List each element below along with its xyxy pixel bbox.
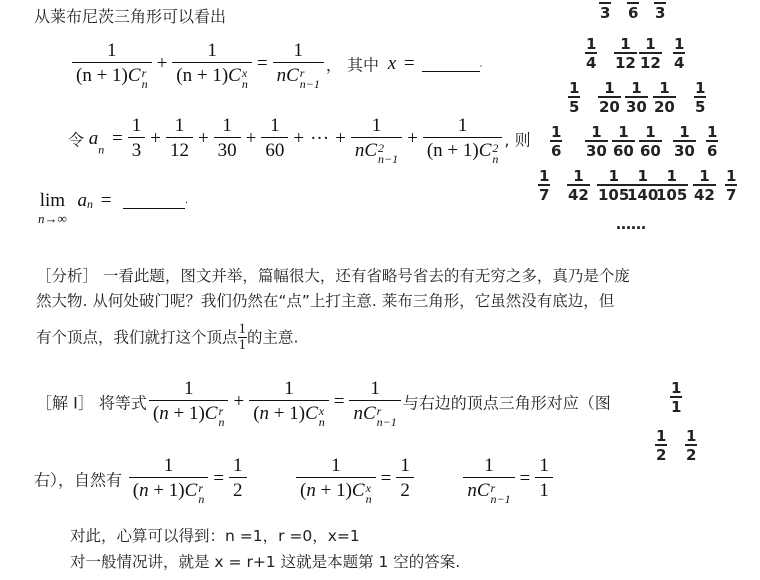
- result-line2: 对一般情况讲，就是 x = r+1 这就是本题第 1 空的答案.: [70, 550, 460, 572]
- result-line1: 对此，心算可以得到：n =1，r =0，x=1: [70, 524, 360, 546]
- solution-line2: 右），自然有 1(n + 1)Crn=12 1(n + 1)Cxn=12 1nC…: [34, 455, 555, 503]
